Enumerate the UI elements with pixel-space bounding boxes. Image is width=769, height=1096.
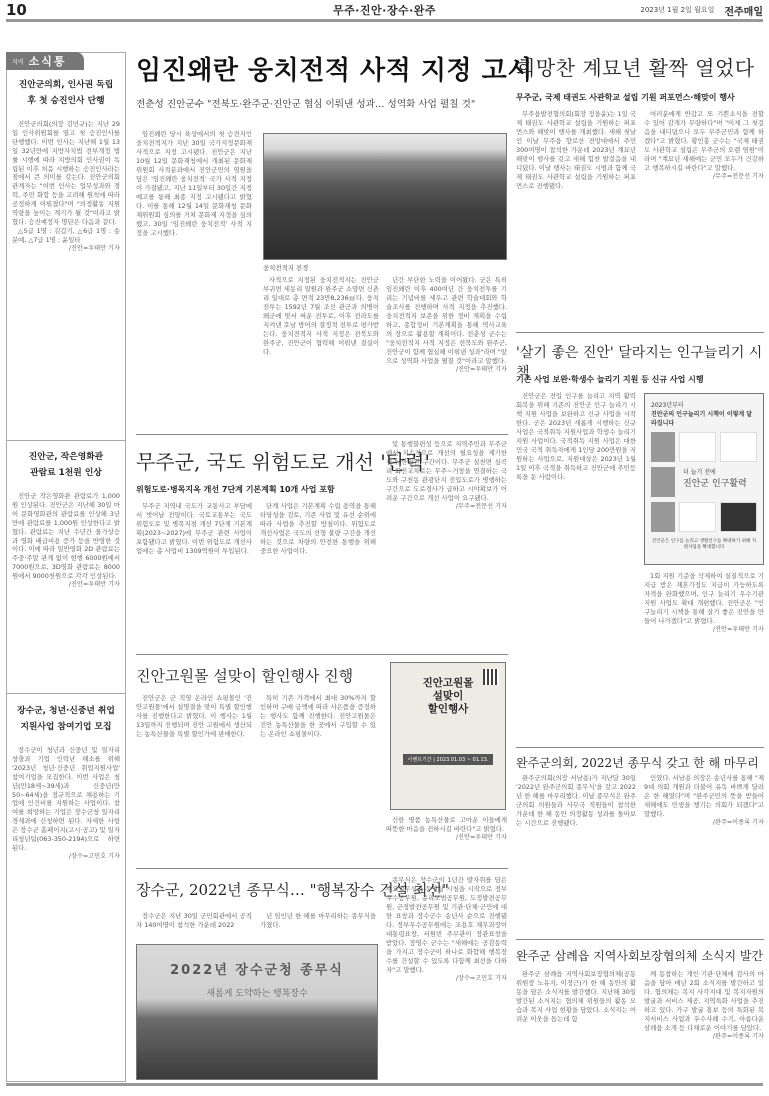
right-body-col2: 여러분에게 반갑고 또 기쁜소식을 전할 수 있어 감개가 무량하다"며 "이제… — [644, 110, 764, 320]
sidebar-headline-1: 진안군의회, 인사권 독립후 첫 승진인사 단행 — [12, 78, 120, 110]
qr-code-icon — [483, 669, 499, 685]
byline: /장수=고민호 기자 — [386, 975, 507, 984]
road-body-col3: 및 통행불편성 등으로 지역주민과 무주군에서 지속적으로 개선의 필요성을 제… — [386, 440, 507, 640]
section-rule — [516, 332, 764, 333]
jangsu-photo: 2022년 장수군청 종무식 새롭게 도약하는 행복장수 — [136, 944, 378, 1080]
population-infographic: 2023년부터 진안군의 인구늘리기 시책이 이렇게 달라집니다 더 늘기 전에… — [644, 393, 764, 565]
sidebar-tag-small: 지역 — [12, 57, 24, 66]
sidebar-divider — [6, 440, 126, 441]
byline: /진안=우태만 기자 — [12, 581, 120, 590]
population-body-col2: 1회 지원 기준을 삭제하여 실질적으로 기 지급 받은 재혼가정도 지급이 가… — [644, 572, 764, 737]
population-subhead: 기존 사업 보완·학생수 늘리기 지원 등 신규 사업 시행 — [516, 374, 704, 385]
byline: /완주=이종록 기자 — [644, 819, 764, 828]
byline: /진안=우태만 기자 — [12, 245, 120, 254]
sidebar-tag: 지역 소식통 — [6, 52, 84, 70]
sidebar-body-1: 진안군의회(의장 김민규)는 지난 29일 인사위원회를 열고 첫 승진인사를 … — [12, 120, 120, 228]
infographic-slogan: 진안군 인구활력 — [683, 476, 757, 489]
infographic-photo — [720, 502, 757, 532]
infographic-title: 진안군의 인구늘리기 시책이 이렇게 달라집니다 — [651, 409, 757, 427]
right-subhead: 무주군, 국제 태권도 사관학교 설립 기원 퍼포먼스·해맞이 행사 — [516, 92, 735, 103]
infographic-box — [651, 432, 675, 462]
road-body-col1: 무주군 지역내 국도가 교통사고 부담에서 벗어날 전망이다. 국토교통부는 국… — [136, 502, 252, 642]
jangsu-body-col3: 종무식은 장수군의 1년간 발자취를 담은 주요업무성과 동영상 시청을 시작으… — [386, 876, 507, 1080]
sidebar-article-3: 장수군, 청년·신중년 취업지원사업 참여기업 모집 장수군이 청년과 신중년 … — [12, 704, 120, 1079]
samrye-headline: 완주군 삼례읍 지역사회보장협의체 소식지 발간 — [516, 947, 763, 964]
header-rule — [6, 19, 763, 22]
mall-headline: 진안고원몰 설맞이 할인행사 진행 — [136, 665, 353, 686]
lead-subhead: 전춘성 진안군수 "전북도·완주군·진안군 협심 이뤄낸 성과… 성역화 사업 … — [136, 96, 475, 110]
section-title: 무주·진안·장수·완주 — [6, 2, 763, 18]
jangsu-body-col2: 년 임인년 한 해를 마무리하는 종무식을 가졌다. — [260, 912, 376, 936]
byline: /무주=전문선 기자 — [644, 173, 764, 182]
mall-body-tail: 신한 명품 농특산물로 고마운 이들에게 따뜻한 마음을 전하시길 바란다"고 … — [386, 816, 507, 856]
section-rule — [516, 939, 764, 940]
footer-rule — [6, 1083, 763, 1086]
samrye-body-col1: 완주군 삼례읍 지역사회보장협의체(공동위원장 노유자, 이정근)가 한 해 동… — [516, 970, 636, 1080]
section-rule — [516, 747, 764, 748]
byline: /진안=우태만 기자 — [644, 626, 764, 635]
jangsu-body-col1: 장수군은 지난 30일 군민회관에서 공직자 140여명이 참석한 가운데 20… — [136, 912, 252, 936]
road-body-col2: 단계 사업은 기본계획 수립 용역을 통해 타당성을 검토, 기존 사업 및 유… — [260, 502, 376, 642]
infographic-panel — [679, 432, 716, 462]
infographic-panel — [679, 502, 716, 532]
sidebar-headline-2: 진안군, 작은영화관관람료 1천원 인상 — [12, 450, 120, 482]
lead-body-col1: 임진왜란 당시 육상에서의 첫 승전지인 웅치전적지가 지난 30일 국가지정문… — [136, 130, 252, 420]
infographic-slogan-small: 더 늘기 전에 — [683, 467, 757, 476]
lead-body-col3: 년간 부단한 노력을 이어왔다. 군은 특히 임진왜란 이후 400여년 간 웅… — [386, 276, 507, 421]
byline: /완주=이종록 기자 — [644, 1033, 764, 1042]
infographic-box — [651, 502, 675, 532]
page-header: 10 무주·진안·장수·완주 2023년 1월 2일 월요일 전주매일 — [6, 0, 763, 20]
poster-title: 진안고원몰설맞이할인행사 — [423, 677, 474, 716]
infographic-box — [651, 467, 675, 497]
road-subhead: 위험도로·병목지옥 개선 7단계 기본계획 10개 사업 포함 — [136, 484, 335, 495]
section-rule — [136, 434, 508, 435]
mall-poster: 진안고원몰설맞이할인행사 이벤트기간 | 2023.01.03 ~ 01.13. — [390, 662, 506, 810]
lead-body-col2: 사적으로 지정된 웅치전적지는 진안군 부귀면 세동리 일원과 완주군 소양면 … — [263, 276, 379, 416]
photo-slogan-text: 새롭게 도약하는 행복장수 — [137, 986, 377, 999]
section-rule — [136, 868, 508, 869]
section-rule — [136, 654, 508, 655]
lead-photo-caption: 웅치전적지 전경 — [263, 263, 308, 272]
wanju-council-body-col2: 인였다. 서남용 의장은 송년사를 통해 "제9대 의회 개원과 더불어 유독 … — [644, 774, 764, 929]
sidebar-divider — [6, 693, 126, 694]
lead-headline: 임진왜란 웅치전적 사적 지정 고시 — [136, 50, 533, 87]
infographic-footer: 진안군은 인구를 늘리고 생활인구를 확대하기 위해 지원사업을 확대합니다 — [651, 538, 757, 550]
sidebar-tag-big: 소식통 — [29, 53, 67, 69]
samrye-body-col2: 께 동참하는 개인·기관·단체에 감사의 마음을 담아 매년 2회 소식지를 발… — [644, 970, 764, 1080]
mall-body-col2: 특히 기존 가격에서 최대 30%까지 할인하며 구매 금액에 따라 사은품을 … — [260, 694, 376, 854]
right-headline: 희망찬 계묘년 활짝 열었다 — [516, 52, 755, 81]
population-body-col1: 진안군은 전입 인구를 늘리고 지역 활력 회복을 위해 기존의 진안군 인구 … — [516, 392, 636, 737]
mall-body-col1: 진안군은 군 직영 온라인 쇼핑몰인 '진안고원몰'에서 설명절을 맞이 특별 … — [136, 694, 252, 854]
byline: /무주=전문선 기자 — [386, 503, 507, 512]
byline: /진안=우태만 기자 — [386, 834, 507, 843]
sidebar-body-3: 장수군이 청년과 신중년 및 일자리 창출과 기업 인력난 해소를 위해 '20… — [12, 746, 120, 854]
sidebar-body-2: 진안군 작은영화관 관람료가 1,000원 인상된다. 진안군은 지난해 30일… — [12, 492, 120, 582]
infographic-panel — [720, 432, 757, 462]
sidebar-article-2: 진안군, 작은영화관관람료 1천원 인상 진안군 작은영화관 관람료가 1,00… — [12, 450, 120, 690]
sidebar-headline-3: 장수군, 청년·신중년 취업지원사업 참여기업 모집 — [12, 704, 120, 736]
sidebar-article-1: 진안군의회, 인사권 독립후 첫 승진인사 단행 진안군의회(의장 김민규)는 … — [12, 78, 120, 254]
wanju-council-headline: 완주군의회, 2022년 종무식 갖고 한 해 마무리 — [516, 754, 759, 771]
lead-photo — [263, 133, 507, 260]
byline: /진안=우태만 기자 — [386, 366, 507, 375]
wanju-council-body-col1: 완주군의회(의장 서남용)가 지난달 30일 '2022년 완주군의회 종무식'… — [516, 774, 636, 929]
sidebar-list-1: △5급 1명 : 김갑기, △6급 1명 : 송분예, △7급 1명 : 윤일타 — [12, 227, 120, 245]
byline: /장수=고민호 기자 — [12, 853, 120, 862]
poster-dates: 이벤트기간 | 2023.01.03 ~ 01.13. — [403, 754, 494, 765]
right-body-col1: 무주읍발전협의회(회장 정을윤)는 1일 국제 태권도 사관학교 설립을 기원하… — [516, 110, 636, 320]
photo-banner-text: 2022년 장수군청 종무식 — [137, 959, 377, 978]
infographic-title-small: 2023년부터 — [651, 400, 757, 409]
